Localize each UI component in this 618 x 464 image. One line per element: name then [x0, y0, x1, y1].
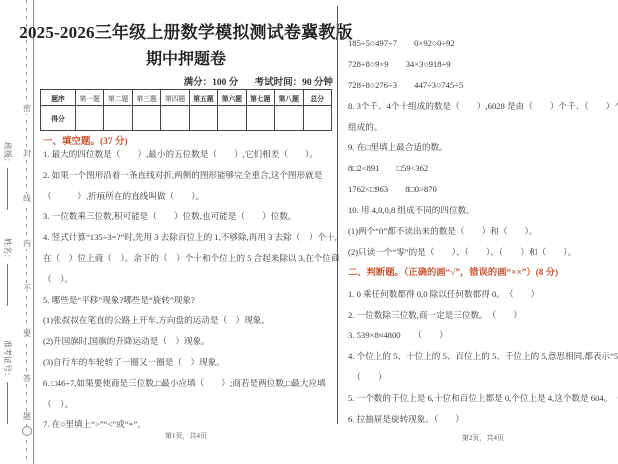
- seal-char: 答: [22, 374, 32, 384]
- seal-dashed-line: [26, 0, 27, 464]
- paper-title-line1: 2025-2026三年级上册数学模拟测试卷冀教版: [15, 18, 357, 43]
- question-line: 728÷8○9×9 34×3○918÷9: [348, 54, 618, 75]
- fold-mark-circle: [22, 426, 32, 436]
- score-table-header-cell: 第二题: [104, 90, 132, 106]
- score-table-header-cell: 第七题: [246, 90, 274, 106]
- question-line: 185÷5○497÷7 0×92○0÷92: [348, 33, 618, 54]
- page-2-footer: 第2页，共4页: [348, 433, 618, 443]
- question-line: 8□2<891 □59<362: [348, 158, 618, 179]
- section-2-heading: 二、判断题。（正确的画“√”，错误的画“××”）(8 分): [348, 263, 618, 284]
- question-line: 10. 用 4,0,0,8 组成不同的四位数。: [348, 200, 618, 221]
- score-table-header-cell: 第八题: [275, 90, 303, 106]
- page-divider-line: [337, 6, 338, 424]
- question-line: 3. 539×8≈4800 （ ）: [348, 325, 618, 346]
- score-table-header-cell: 总分: [303, 90, 332, 106]
- seal-char: 密: [22, 104, 32, 114]
- score-table: 题序 第一题 第二题 第三题 第四题 第五题 第六题 第七题 第八题 总分 得分: [40, 89, 332, 131]
- score-table-header-cell: 题序: [41, 90, 76, 106]
- seal-char: 要: [22, 329, 32, 339]
- exam-number-field: 准考证号：: [2, 340, 16, 424]
- score-table-header-row: 题序 第一题 第二题 第三题 第四题 第五题 第六题 第七题 第八题 总分: [41, 90, 332, 106]
- score-table-header-cell: 第四题: [161, 90, 189, 106]
- name-field: 姓名：: [2, 238, 16, 306]
- score-table-header-cell: 第三题: [132, 90, 160, 106]
- page-1-footer: 第1页，共4页: [34, 431, 338, 441]
- score-cell: [218, 106, 246, 131]
- question-line: 6. 拉抽屉是旋转现象。（ ）: [348, 409, 618, 430]
- score-cell: [161, 106, 189, 131]
- seal-char: 线: [22, 194, 32, 204]
- question-line: 2. 一位数除三位数,商一定是三位数。 （ ）: [348, 305, 618, 326]
- page-2-body: 185÷5○497÷7 0×92○0÷92 728÷8○9×9 34×3○918…: [348, 33, 618, 430]
- question-line: 5. 一个数的千位上是 6,十位和百位上都是 0,个位上是 4,这个数是 604…: [348, 388, 618, 409]
- score-cell: [246, 106, 274, 131]
- exam-number-blank-line: [7, 382, 16, 424]
- question-line: （ ）: [348, 367, 618, 388]
- score-cell: [303, 106, 332, 131]
- score-cell: [275, 106, 303, 131]
- question-line: 1762<□963 8□0>870: [348, 179, 618, 200]
- seal-char: 不: [22, 284, 32, 294]
- seal-char: 内: [22, 239, 32, 249]
- page-2: 185÷5○497÷7 0×92○0÷92 728÷8○9×9 34×3○918…: [348, 0, 618, 464]
- score-cell: [189, 106, 217, 131]
- exam-number-label: 准考证号：: [3, 340, 12, 380]
- question-line: 8. 3个千、4个十组成的数是（ ）,6028 是由（ ）个千、（ ）个十、（ …: [348, 96, 618, 117]
- score-cell: [76, 106, 104, 131]
- full-score-label: 满分：100 分: [184, 78, 239, 88]
- seal-char: 题: [22, 412, 32, 422]
- score-cell: [132, 106, 160, 131]
- score-table-header-cell: 第六题: [218, 90, 246, 106]
- score-table-header-cell: 第五题: [189, 90, 217, 106]
- name-blank-line: [7, 264, 16, 306]
- question-line: 728÷8○276÷3 447÷3○745÷5: [348, 75, 618, 96]
- page-1: 2025-2026三年级上册数学模拟测试卷冀教版 期中押题卷 满分：100 分 …: [33, 0, 338, 464]
- question-line: 4. 个位上的 5、十位上的 5、百位上的 5、千位上的 5,意思相同,都表示“…: [348, 346, 618, 367]
- score-cell: [104, 106, 132, 131]
- question-line: 组成的。: [348, 117, 618, 138]
- name-label: 姓名：: [3, 238, 12, 262]
- score-table-header-cell: 第一题: [76, 90, 104, 106]
- score-table-score-row: 得分: [41, 106, 332, 131]
- class-label: 班级：: [3, 142, 12, 166]
- question-line: 9. 在□里填上最合适的数。: [348, 137, 618, 158]
- question-line: (2)只读一个“零”的是（ ）、（ ）、（ ）和（ ）。: [348, 242, 618, 263]
- exam-paper-scan: 密 封 线 内 不 要 答 题 班级： 姓名： 准考证号： 2025-2026三…: [0, 0, 618, 464]
- class-blank-line: [7, 168, 16, 210]
- exam-time-label: 考试时间：90 分钟: [255, 78, 333, 88]
- score-row-label: 得分: [41, 106, 76, 131]
- seal-char: 封: [22, 149, 32, 159]
- question-line: (1)两个“0”都不读出来的数是（ ）和（ ）。: [348, 221, 618, 242]
- question-line: 1. 0 乘任何数都得 0,0 除以任何数都得 0。 （ ）: [348, 284, 618, 305]
- exam-meta: 满分：100 分 考试时间：90 分钟: [184, 74, 333, 88]
- paper-title-line2: 期中押题卷: [34, 46, 338, 69]
- class-field: 班级：: [2, 142, 16, 210]
